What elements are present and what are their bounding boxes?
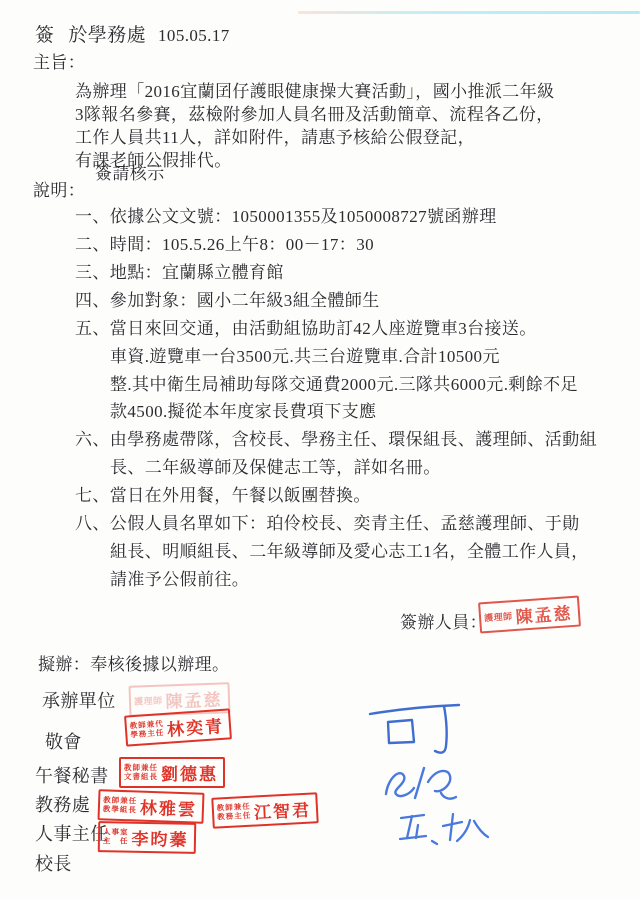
document-header: 簽於學務處105.05.17 — [35, 20, 230, 47]
stamp-title: 教師兼任 教學組長 — [103, 796, 138, 814]
explanation-item: 二、時間：105.5.26上午8：00－17：30 — [75, 230, 374, 255]
subject-line: 3隊報名參賽，茲檢附參加人員名冊及活動簡章、流程各乙份， — [75, 100, 554, 125]
stamp-name: 林奕青 — [166, 712, 225, 741]
teaching-section-chief-stamp: 教師兼任 教學組長 林雅雲 — [97, 789, 204, 824]
approval-row-respectful-consult: 敬會 — [45, 728, 82, 754]
stamp-title: 教師兼代 學務主任 — [130, 720, 165, 740]
student-affairs-director-stamp: 教師兼代 學務主任 林奕青 — [124, 708, 232, 746]
subject-line: 工作人員共11人，詳如附件，請惠予核給公假登記， — [75, 123, 475, 148]
explanation-item: 七、當日在外用餐，午餐以飯團替換。 — [75, 481, 371, 506]
stamp-name: 劉德惠 — [161, 760, 218, 785]
personnel-director-stamp: 人事室 主 任 李昀蓁 — [98, 821, 196, 854]
explanation-item-continuation: 車資.遊覽車一台3500元.共三台遊覽車.合計10500元 — [110, 342, 500, 367]
subject-label: 主旨： — [33, 48, 85, 73]
stamp-title-line: 主 任 — [103, 837, 129, 846]
approval-row-lunch-secretary: 午餐秘書 — [35, 762, 109, 788]
handwritten-approval-ke — [370, 705, 459, 753]
handwritten-date — [400, 814, 488, 844]
stamp-name: 李昀蓁 — [131, 825, 188, 851]
stamp-title-line: 文書組長 — [124, 773, 158, 782]
explanation-item-continuation: 請准予公假前往。 — [110, 565, 249, 590]
stamp-name: 陳孟慈 — [515, 599, 574, 628]
doc-date: 105.05.17 — [158, 26, 230, 45]
stamp-title: 人事室 主 任 — [103, 828, 129, 846]
stamp-title-line: 學務主任 — [130, 728, 165, 739]
explanation-item: 一、依據公文文號：1050001355及1050008727號函辦理 — [75, 202, 497, 227]
doc-type-label: 簽 — [35, 25, 54, 46]
scanned-official-memo: 簽於學務處105.05.17 主旨： 為辦理「2016宜蘭囝仔護眼健康操大賽活動… — [0, 0, 640, 900]
approval-row-principal: 校長 — [35, 850, 72, 876]
stamp-title-line: 教學組長 — [103, 805, 137, 815]
explanation-item-continuation: 長、二年級導師及保健志工等，詳如名冊。 — [110, 453, 441, 478]
explanation-item-continuation: 組長、明順組長、二年級導師及愛心志工1名，全體工作人員， — [110, 537, 589, 562]
explanation-item: 八、公假人員名單如下：珀伶校長、奕青主任、孟慈護理師、于勛 — [75, 509, 580, 534]
academic-affairs-director-stamp: 教師兼任 教務主任 江智君 — [211, 792, 318, 829]
scanner-artifact-line — [298, 11, 640, 14]
stamp-name: 林雅雲 — [140, 794, 198, 821]
explanation-item-continuation: 款4500.擬從本年度家長費項下支應 — [110, 397, 376, 422]
subject-line: 為辦理「2016宜蘭囝仔護眼健康操大賽活動」，國小推派二年級 — [75, 77, 555, 102]
explanation-item-continuation: 整.其中衛生局補助每隊交通費2000元.三隊共6000元.剩餘不足 — [110, 370, 578, 395]
signer-label: 簽辦人員： — [400, 608, 487, 633]
office-label: 於學務處 — [68, 25, 146, 46]
explanation-item: 五、當日來回交通，由活動組協助訂42人座遊覽車3台接送。 — [75, 314, 537, 339]
approval-row-academic-affairs: 教務處 — [35, 791, 90, 817]
stamp-name: 江智君 — [253, 796, 311, 824]
approval-row-undertaking-unit: 承辦單位 — [42, 687, 116, 713]
stamp-title-line: 教務主任 — [217, 811, 251, 821]
stamp-title: 教師兼任 文書組長 — [124, 764, 158, 781]
stamp-title: 教師兼任 教務主任 — [217, 803, 252, 822]
explanation-item: 四、參加對象：國小二年級3組全體師生 — [75, 286, 380, 311]
explanation-item: 三、地點：宜蘭縣立體育館 — [75, 258, 284, 283]
handwritten-signature — [386, 768, 456, 799]
explanation-label: 說明： — [33, 176, 85, 201]
stamp-title: 護理師 — [134, 694, 163, 708]
proposal-line: 擬辦：奉核後據以辦理。 — [38, 650, 229, 675]
signer-name-stamp: 護理師 陳孟慈 — [478, 596, 580, 634]
stamp-title: 護理師 — [484, 609, 513, 624]
explanation-item: 六、由學務處帶隊，含校長、學務主任、環保組長、護理師、活動組 — [75, 425, 597, 450]
document-section-chief-stamp: 教師兼任 文書組長 劉德惠 — [119, 757, 225, 788]
petition-line: 簽請核示 — [95, 159, 165, 184]
